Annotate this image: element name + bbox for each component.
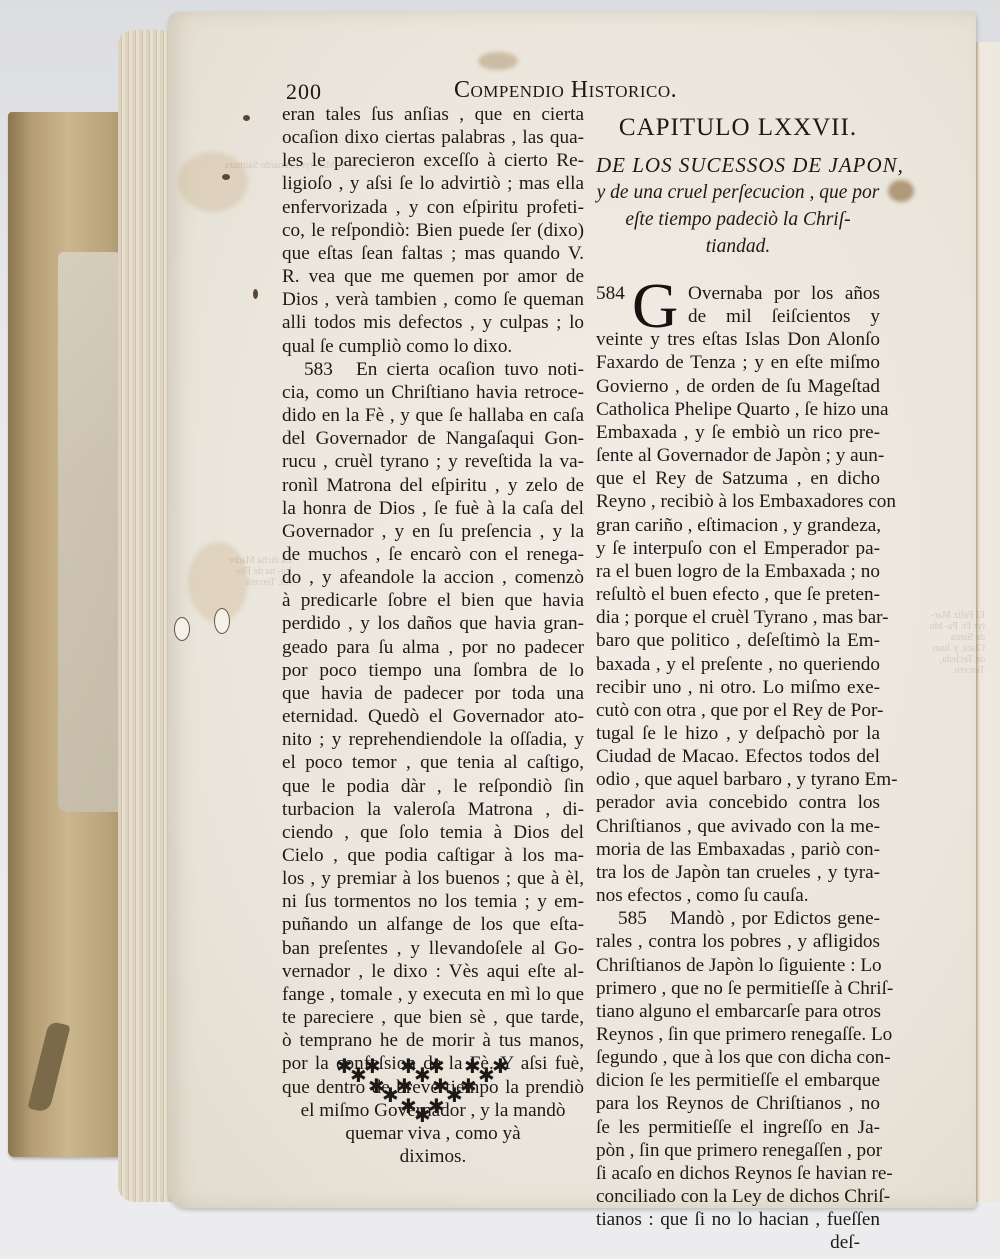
text-line: y ſe interpuſo con el Emperador pa- (596, 537, 880, 560)
text-line: recibir uno , ni otro. Lo miſmo exe- (596, 676, 880, 699)
text-line: baro que politico , deſeſtimò la Em- (596, 629, 880, 652)
text-line: de muchos , ſe encarò con el renega- (282, 543, 584, 566)
text-line: el poco temor , que tenia al caſtigo, (282, 751, 584, 774)
text-line: Catholica Phelipe Quarto , ſe hizo una (596, 398, 880, 421)
text-line: ſe les permitieſſe el ingreſſo en Ja- (596, 1116, 880, 1139)
text-line: geado para ſu alma , por no padecer (282, 636, 584, 659)
paragraph-number: 583 (304, 358, 356, 381)
text-line: tiano alguno el embarcarſe para otros (596, 1000, 880, 1023)
text-line: dia ; porque el cruèl Tyrano , mas bar- (596, 606, 880, 629)
text-line: Govierno , de orden de ſu Mageſtad (596, 375, 880, 398)
text-line: dicion ſe les permitieſſe el embarque (596, 1069, 880, 1092)
text-line: ocaſion dixo ciertas palabras , las qua- (282, 126, 584, 149)
text-line: para los Reynos de Chriſtianos , no (596, 1092, 880, 1115)
text-line: ni ſus tormentos no los temia ; y em- (282, 890, 584, 913)
paragraph-583: 583En cierta ocaſion tuvo noti- cia, com… (282, 358, 584, 1168)
paragraph-584: 584 G Overnaba por los años de mil ſeiſc… (596, 282, 880, 907)
text-line: que eſtas ſean faltas ; mas quando V. (282, 242, 584, 265)
text-line: eternidad. Quedò el Governador ato- (282, 705, 584, 728)
text-line: conciliado con la Ley de dichos Chriſ- (596, 1185, 880, 1208)
text-line: les le parecieron exceſſo à cierto Re- (282, 149, 584, 172)
text-line: Cielo , que podia caſtigar à los ma- (282, 844, 584, 867)
catchword: deſ- (596, 1231, 880, 1254)
text-line: los , y premiar à los buenos ; que à èl, (282, 867, 584, 890)
text-line: reſultò el buen efecto , que ſe preten- (596, 583, 880, 606)
text-line: que le podia dàr , le reſpondiò ſin (282, 775, 584, 798)
text-line: ciendo , que ſolo temia à Dios del (282, 821, 584, 844)
text-line: ſegundo , que à los que con dicha con- (596, 1046, 880, 1069)
text-line: baxada , y el preſente , no queriendo (596, 653, 880, 676)
text-line: ligioſo , y aſsi ſe lo advirtiò ; mas el… (282, 172, 584, 195)
text-line: qual ſe cumpliò como lo dixo. (282, 335, 584, 358)
drop-cap: G (632, 276, 678, 336)
text-line: nos efectos , como ſu cauſa. (596, 884, 880, 907)
text-line: ra el buen logro de la Embaxada ; no (596, 560, 880, 583)
text-line: rucu , cruèl tyrano ; y reveſtida la va- (282, 450, 584, 473)
text-line: turbacion la valeroſa Matrona , di- (282, 798, 584, 821)
paragraph-continued: eran tales ſus anſias , que en cierta oc… (282, 103, 584, 358)
subtitle-line: y de una cruel perſecucion , que por (596, 179, 880, 206)
chapter-subtitle: DE LOS SUCESSOS DE JAPON, y de una cruel… (596, 152, 880, 260)
text-line: la honra de Dios , ſe fuè à la caſa del (282, 497, 584, 520)
text-line: nito ; y reprehendiendole la oſſadia, y (282, 728, 584, 751)
text-line: que havia de padecer por toda una (282, 682, 584, 705)
text-line: moria de las Embaxadas , pariò con- (596, 838, 880, 861)
text-line: enfervorizada , y con eſpiritu profeti- (282, 196, 584, 219)
text-line: à predicarle ſobre el bien que havia (282, 589, 584, 612)
text-line: ban preſentes , y llevandoſele al Go- (282, 937, 584, 960)
text-line: vernador , le dixo : Vès aqui eſte al- (282, 960, 584, 983)
text-line: Faxardo de Tenza ; y en eſte miſmo (596, 351, 880, 374)
paragraph-number: 585 (618, 907, 670, 930)
text-line: Ciudad de Macao. Efectos todos del (596, 745, 880, 768)
text-line: tra los de Japòn tan crueles , y tyra- (596, 861, 880, 884)
running-title: Compendio Historico. (454, 77, 677, 104)
right-column: CAPITULO LXXVII. DE LOS SUCESSOS DE JAPO… (596, 110, 880, 1255)
text-line: odio , que aquel barbaro , y tyrano Em- (596, 768, 880, 791)
text-line: dido en la Fè , y que ſe hallaba en caſa (282, 404, 584, 427)
chapter-heading: CAPITULO LXXVII. (596, 110, 880, 146)
text-line: Reyno , recibiò à los Embaxadores con (596, 490, 880, 513)
text-line: cia, como un Chriſtiano havia retroce- (282, 381, 584, 404)
text-line: gran cariño , eſtimacion , y grandeza, (596, 514, 880, 537)
text-line: Chriſtianos de Japòn lo ſiguiente : Lo (596, 954, 880, 977)
text-line: ronìl Matrona del eſpiritu , y zelo de (282, 474, 584, 497)
text-line: primero , que no ſe permitieſſe à Chriſ- (596, 977, 880, 1000)
text-line: pòn , ſin que primero renegaſſen , por (596, 1139, 880, 1162)
text-line: Dios , verà tambien , como ſe queman (282, 288, 584, 311)
text-line: tugal ſe le hizo , y deſpachò por la (596, 722, 880, 745)
text-line-tail: diximos. (282, 1145, 584, 1168)
text-line: tianos : que ſi no lo hacian , fueſſen (596, 1208, 880, 1231)
text-line: Reynos , ſin que primero renegaſſe. Lo (596, 1023, 880, 1046)
paragraph-585: 585Mandò , por Edictos gene- rales , con… (596, 907, 880, 1254)
text-line: puñando un alfange de los que eſta- (282, 913, 584, 936)
paragraph-number: 584 (596, 282, 625, 305)
text-line: Chriſtianos , que avivado con la me- (596, 815, 880, 838)
torn-cover-flap (27, 1021, 70, 1114)
text-line: eran tales ſus anſias , que en cierta (282, 103, 584, 126)
text-line: 585Mandò , por Edictos gene- (596, 907, 880, 930)
asterisk-tailpiece-ornament: ✱✱✱ ✱✱✱ ✱✱✱ ✱✱✱ ✱✱✱ ✱✱✱ (336, 1057, 526, 1127)
text-line: fange , tomale , y executa en mì lo que (282, 983, 584, 1006)
text-line: cutò con otra , que por el Rey de Por- (596, 699, 880, 722)
subtitle-line: tiandad. (596, 233, 880, 260)
text-line: 583En cierta ocaſion tuvo noti- (282, 358, 584, 381)
page-number: 200 (286, 79, 322, 105)
text-line: por poco tiempo una ſombra de lo (282, 659, 584, 682)
text-line: te pareciere , que bien sè , que tarde, (282, 1006, 584, 1029)
subtitle-line: DE LOS SUCESSOS DE JAPON, (596, 152, 880, 179)
show-through-right-note: El Feliz Mar- tyr Fr. Pa- blo de Santa C… (925, 610, 985, 676)
text-line: R. vea que me quemen por amor de (282, 265, 584, 288)
text-line: alli todos mis defectos , y culpas ; lo (282, 311, 584, 334)
text-line: que el Rey de Satzuma , en dicho (596, 467, 880, 490)
subtitle-line: eſte tiempo padeciò la Chriſ- (596, 206, 880, 233)
text-line: ſi acaſo en dichos Reynos ſe havian re- (596, 1162, 880, 1185)
left-column: eran tales ſus anſias , que en cierta oc… (282, 103, 584, 1168)
text-line: ſente al Governador de Japòn ; y aun- (596, 444, 880, 467)
exposed-pastedown (58, 252, 126, 812)
text-line: rales , contra los pobres , y afligidos (596, 930, 880, 953)
text-line: Embaxada , y ſe embiò un rico pre- (596, 421, 880, 444)
text-line: ò temprano he de morir à tus manos, (282, 1029, 584, 1052)
text-line: do , y afeandole la accion , comenzò (282, 566, 584, 589)
text-line: perdido , y los daños que havia gran- (282, 612, 584, 635)
text-line: del Governador de Nangaſaqui Gon- (282, 427, 584, 450)
text-line: perador avia concebido contra los (596, 791, 880, 814)
text-line: co, le reſpondiò: Bien puede ſer (dixo) (282, 219, 584, 242)
text-line: Governador , y en ſu preſencia , y la (282, 520, 584, 543)
